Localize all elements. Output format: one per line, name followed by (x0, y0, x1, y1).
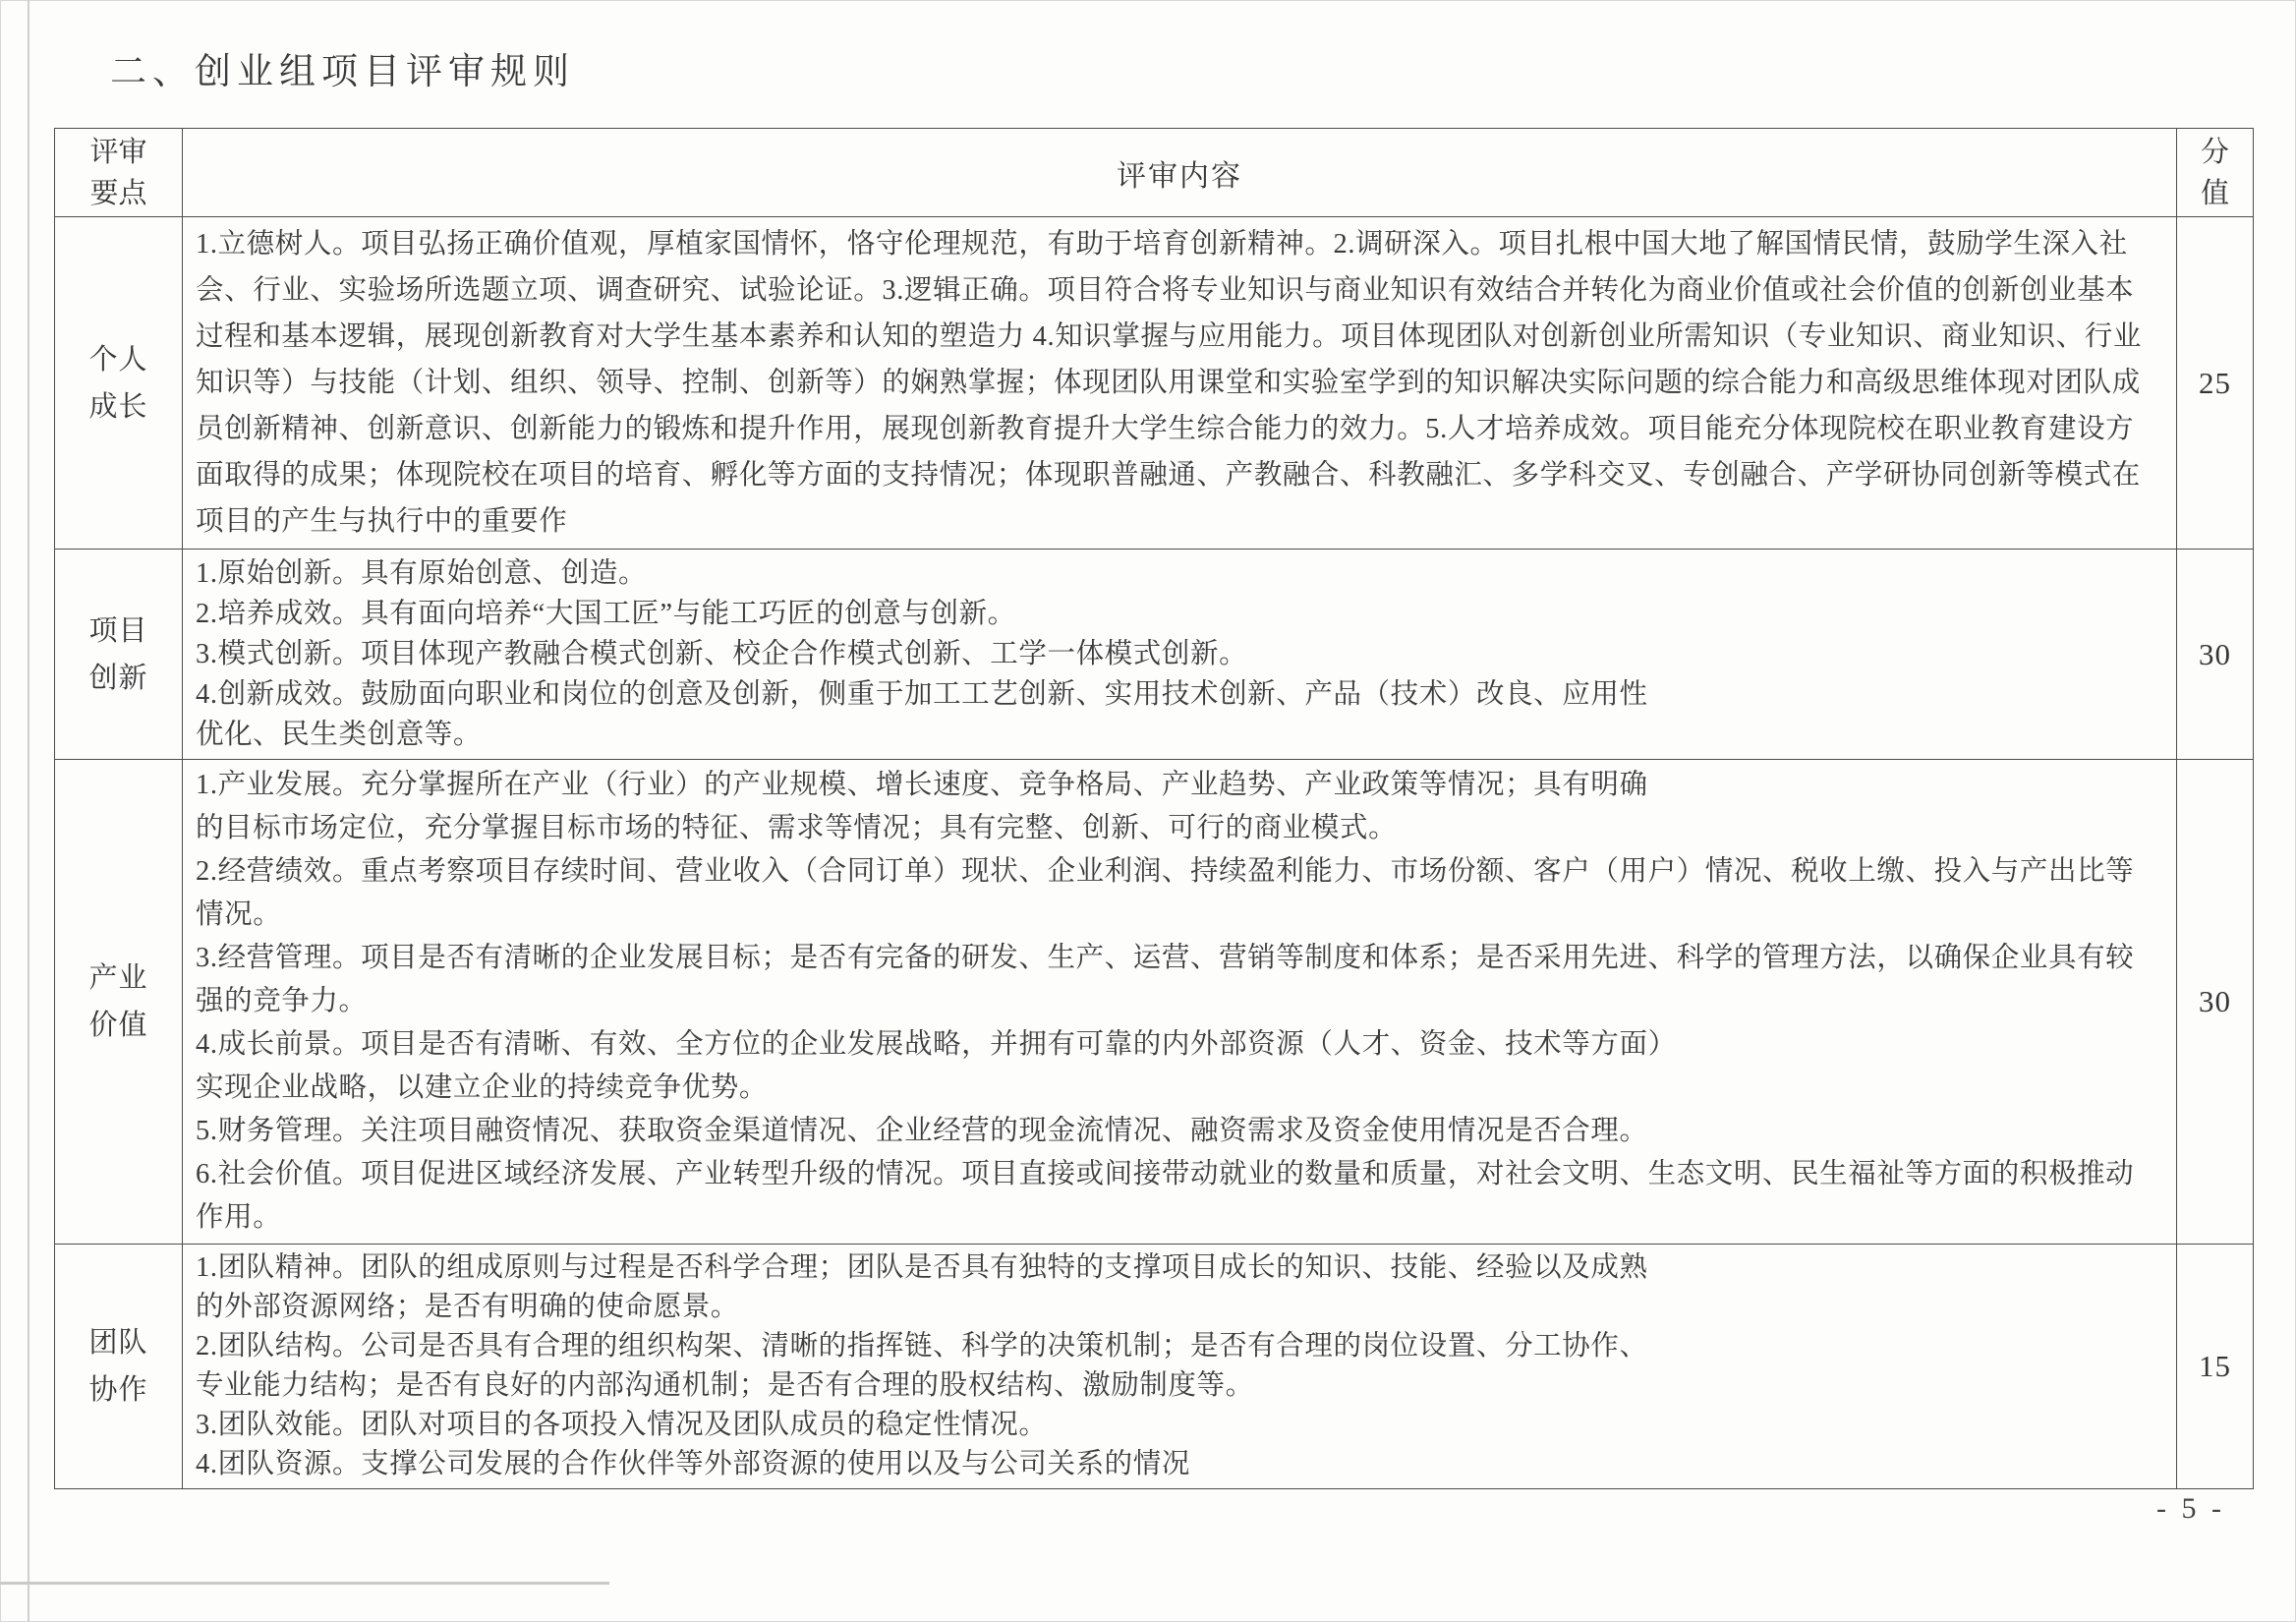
row-score-team-collaboration: 15 (2177, 1245, 2254, 1489)
row-score-personal-growth: 25 (2177, 217, 2254, 550)
row-label-industry-value: 产业 价值 (55, 760, 183, 1245)
row-label-team-collaboration: 团队 协作 (55, 1245, 183, 1489)
table-header-row: 评审 要点 评审内容 分 值 (55, 129, 2254, 217)
header-review-content: 评审内容 (183, 129, 2177, 217)
page-number: - 5 - (2156, 1492, 2225, 1526)
row-content-project-innovation: 1.原始创新。具有原始创意、创造。 2.培养成效。具有面向培养“大国工匠”与能工… (183, 550, 2177, 760)
table-row-industry-value: 产业 价值 1.产业发展。充分掌握所在产业（行业）的产业规模、增长速度、竞争格局… (55, 760, 2254, 1245)
table-row-team-collaboration: 团队 协作 1.团队精神。团队的组成原则与过程是否科学合理；团队是否具有独特的支… (55, 1245, 2254, 1489)
header-score: 分 值 (2177, 129, 2254, 217)
table-row-project-innovation: 项目 创新 1.原始创新。具有原始创意、创造。 2.培养成效。具有面向培养“大国… (55, 550, 2254, 760)
row-label-project-innovation: 项目 创新 (55, 550, 183, 760)
evaluation-rubric-table: 评审 要点 评审内容 分 值 个人 成长 1.立德树人。项目弘扬正确价值观，厚植… (54, 128, 2254, 1489)
row-content-industry-value: 1.产业发展。充分掌握所在产业（行业）的产业规模、增长速度、竞争格局、产业趋势、… (183, 760, 2177, 1245)
document-page: 二、创业组项目评审规则 评审 要点 评审内容 分 值 个人 成长 1.立德树人。… (0, 0, 2296, 1622)
row-label-personal-growth: 个人 成长 (55, 217, 183, 550)
header-review-points: 评审 要点 (55, 129, 183, 217)
page-title: 二、创业组项目评审规则 (110, 41, 575, 94)
row-score-industry-value: 30 (2177, 760, 2254, 1245)
row-content-personal-growth: 1.立德树人。项目弘扬正确价值观，厚植家国情怀，恪守伦理规范，有助于培育创新精神… (183, 217, 2177, 550)
row-content-team-collaboration: 1.团队精神。团队的组成原则与过程是否科学合理；团队是否具有独特的支撑项目成长的… (183, 1245, 2177, 1489)
table-row-personal-growth: 个人 成长 1.立德树人。项目弘扬正确价值观，厚植家国情怀，恪守伦理规范，有助于… (55, 217, 2254, 550)
row-score-project-innovation: 30 (2177, 550, 2254, 760)
